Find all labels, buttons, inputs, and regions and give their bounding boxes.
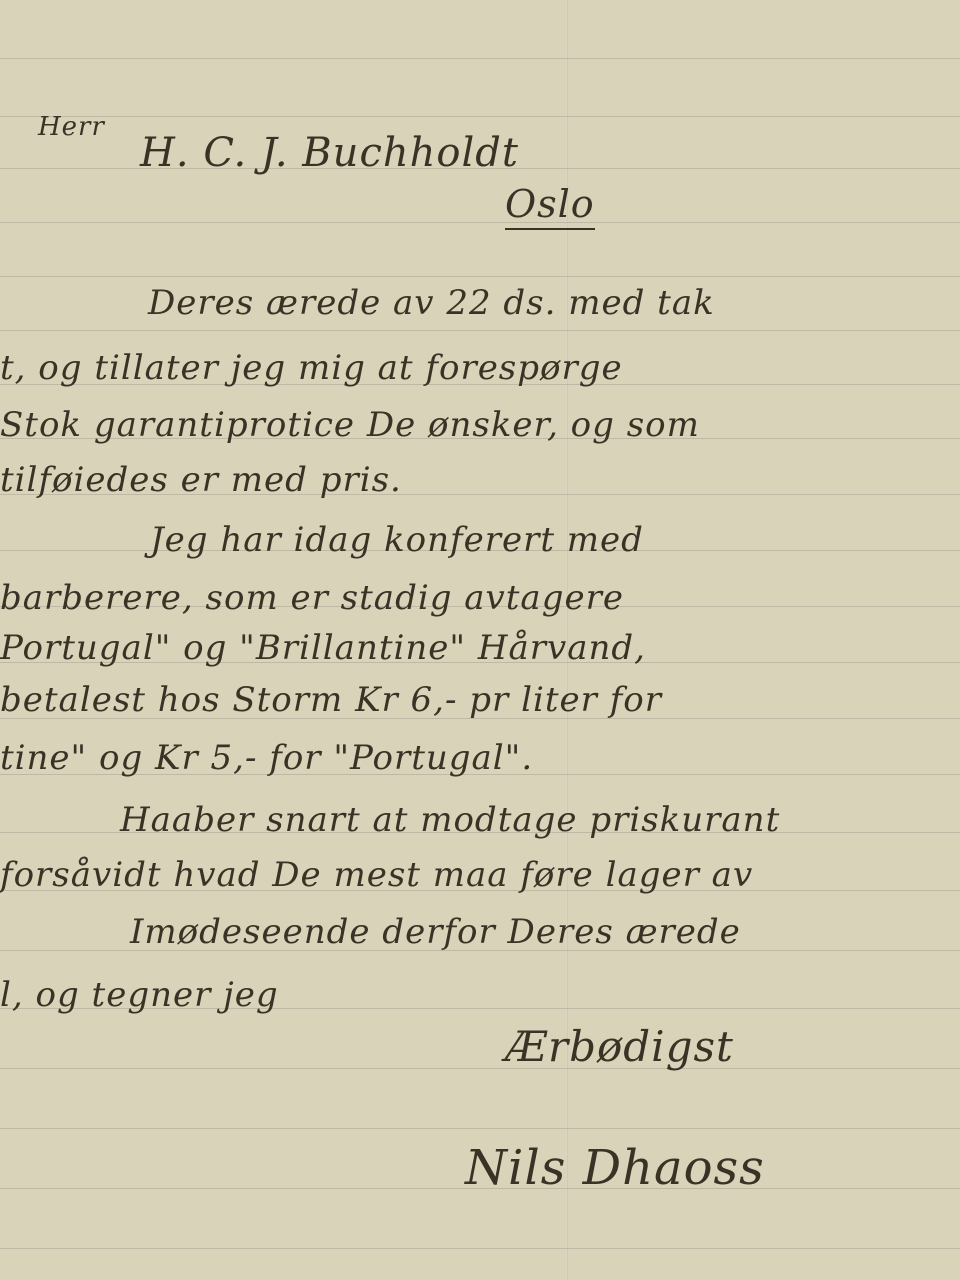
ruled-line <box>0 1068 960 1069</box>
ruled-line <box>0 330 960 331</box>
body-line: Jeg har idag konferert med <box>150 520 644 560</box>
ruled-line <box>0 276 960 277</box>
body-line: Imødeseende derfor Deres ærede <box>130 912 741 952</box>
body-line: Deres ærede av 22 ds. med tak <box>148 283 715 323</box>
salutation: Herr <box>38 112 105 142</box>
letter-page: Herr H. C. J. Buchholdt Oslo Deres ærede… <box>0 0 960 1280</box>
ruled-line <box>0 58 960 59</box>
addressee: H. C. J. Buchholdt <box>140 130 519 176</box>
body-line: Haaber snart at modtage priskurant <box>120 800 780 840</box>
body-line: tilføiedes er med pris. <box>0 460 402 500</box>
closing: Ærbødigst <box>505 1022 734 1071</box>
body-line: Stok garantiprotice De ønsker, og som <box>0 405 700 445</box>
body-line: t, og tillater jeg mig at forespørge <box>0 348 623 388</box>
body-line: l, og tegner jeg <box>0 975 279 1015</box>
ruled-line <box>0 116 960 117</box>
ruled-line <box>0 1248 960 1249</box>
ruled-line <box>0 222 960 223</box>
city: Oslo <box>505 182 595 230</box>
body-line: barberere, som er stadig avtagere <box>0 578 624 618</box>
body-line: Portugal" og "Brillantine" Hårvand, <box>0 628 646 668</box>
ruled-line <box>0 1128 960 1129</box>
signature: Nils Dhaoss <box>465 1140 765 1196</box>
body-line: forsåvidt hvad De mest maa føre lager av <box>0 855 753 895</box>
body-line: tine" og Kr 5,- for "Portugal". <box>0 738 533 778</box>
body-line: betalest hos Storm Kr 6,- pr liter for <box>0 680 662 720</box>
